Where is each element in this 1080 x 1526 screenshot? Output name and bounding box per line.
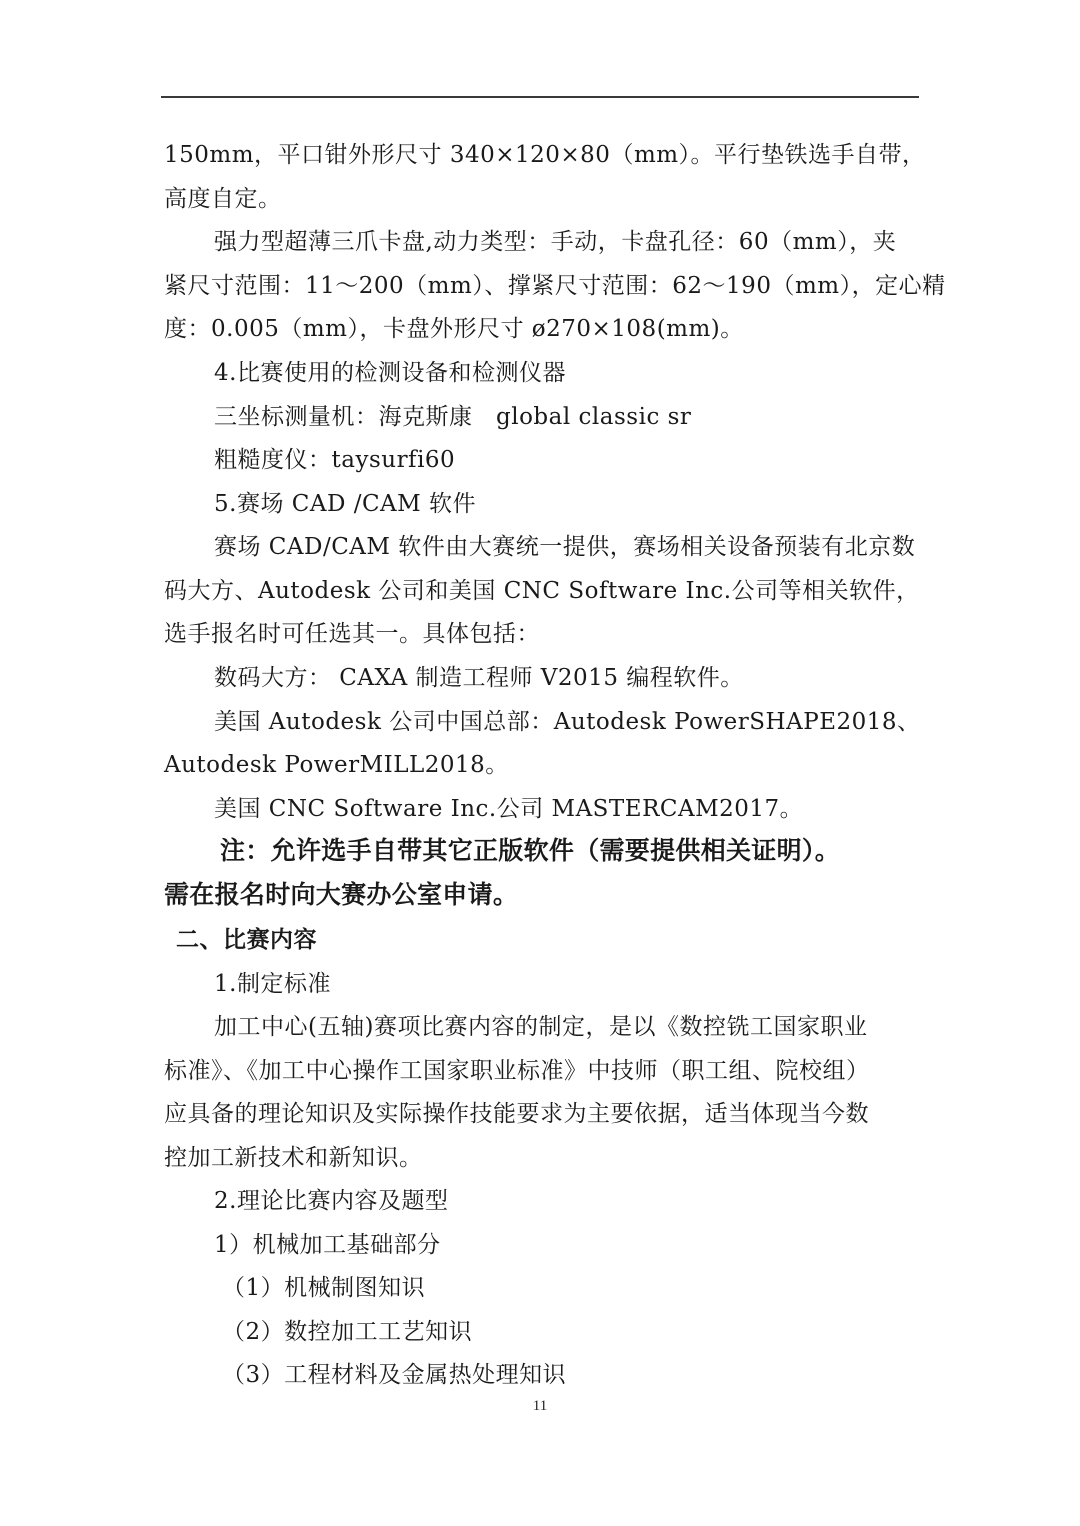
text-line: 应具备的理论知识及实际操作技能要求为主要依据，适当体现当今数	[164, 1099, 869, 1129]
header-rule	[161, 96, 919, 98]
text-line: Autodesk PowerMILL2018。	[164, 750, 509, 780]
text-line: 加工中心(五轴)赛项比赛内容的制定，是以《数控铣工国家职业	[214, 1012, 867, 1042]
text-line: 标准》、《加工中心操作工国家职业标准》中技师（职工组、院校组）	[164, 1056, 870, 1086]
text-line: 强力型超薄三爪卡盘,动力类型：手动，卡盘孔径：60（mm），夹	[214, 227, 896, 257]
part-heading: 二、比赛内容	[176, 925, 317, 955]
section-title: 1.制定标准	[214, 969, 331, 999]
text-line: 数码大方： CAXA 制造工程师 V2015 编程软件。	[214, 663, 744, 693]
section-title: 2.理论比赛内容及题型	[214, 1186, 448, 1216]
section-title: 5.赛场 CAD /CAM 软件	[214, 489, 476, 519]
text-line: 赛场 CAD/CAM 软件由大赛统一提供，赛场相关设备预装有北京数	[214, 532, 915, 562]
text-line: 美国 CNC Software Inc.公司 MASTERCAM2017。	[214, 794, 803, 824]
note-line: 需在报名时向大赛办公室申请。	[164, 880, 518, 910]
section-title: 4.比赛使用的检测设备和检测仪器	[214, 358, 566, 388]
list-item: （1）机械制图知识	[222, 1273, 425, 1303]
page-number: 11	[0, 1398, 1080, 1415]
text-line: 选手报名时可任选其一。具体包括：	[164, 619, 540, 649]
note-line: 注：允许选手自带其它正版软件（需要提供相关证明）。	[220, 836, 840, 866]
text-line: 150mm，平口钳外形尺寸 340×120×80（mm）。平行垫铁选手自带，	[164, 140, 926, 170]
text-line: 紧尺寸范围：11～200（mm）、撑紧尺寸范围：62～190（mm），定心精	[164, 271, 946, 301]
text-line: 粗糙度仪：taysurfi60	[214, 445, 455, 475]
text-line: 控加工新技术和新知识。	[164, 1143, 423, 1173]
list-item: （2）数控加工工艺知识	[222, 1317, 472, 1347]
text-line: 码大方、Autodesk 公司和美国 CNC Software Inc.公司等相…	[164, 576, 920, 606]
text-line: 三坐标测量机：海克斯康 global classic sr	[214, 402, 691, 432]
text-line: 高度自定。	[164, 184, 282, 214]
list-item: （3）工程材料及金属热处理知识	[222, 1360, 566, 1390]
subsection-title: 1）机械加工基础部分	[214, 1230, 441, 1260]
text-line: 度：0.005（mm），卡盘外形尺寸 ø270×108(mm)。	[164, 314, 744, 344]
text-line: 美国 Autodesk 公司中国总部：Autodesk PowerSHAPE20…	[214, 707, 921, 737]
